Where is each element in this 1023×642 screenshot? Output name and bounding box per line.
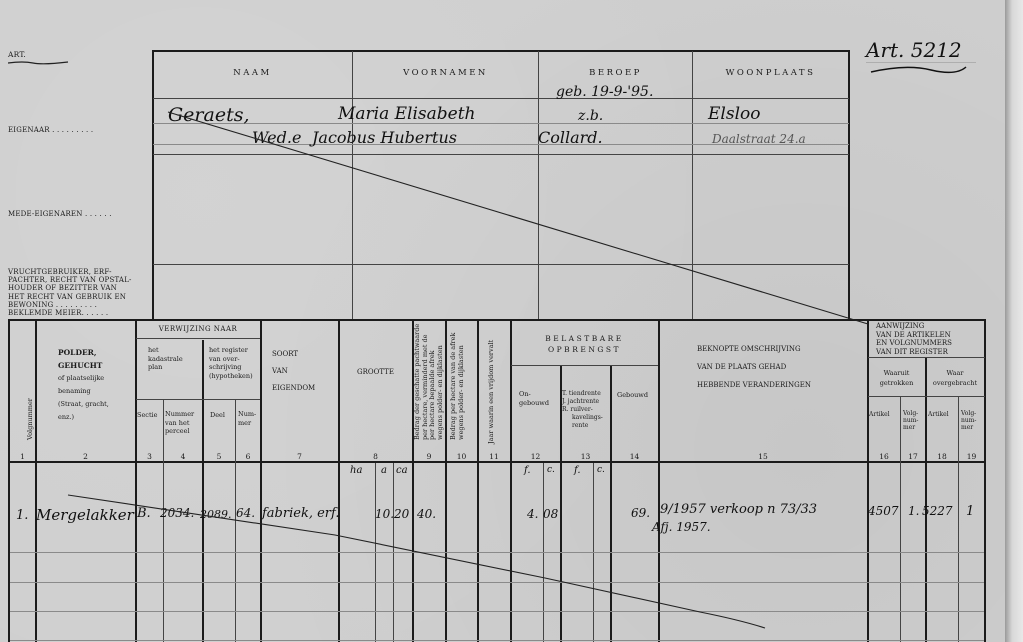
strike-through-lines	[0, 0, 1005, 642]
page-edge	[1005, 0, 1023, 642]
register-page: ART. Art. 5212 EIGENAAR . . . . . . . . …	[0, 0, 1005, 642]
